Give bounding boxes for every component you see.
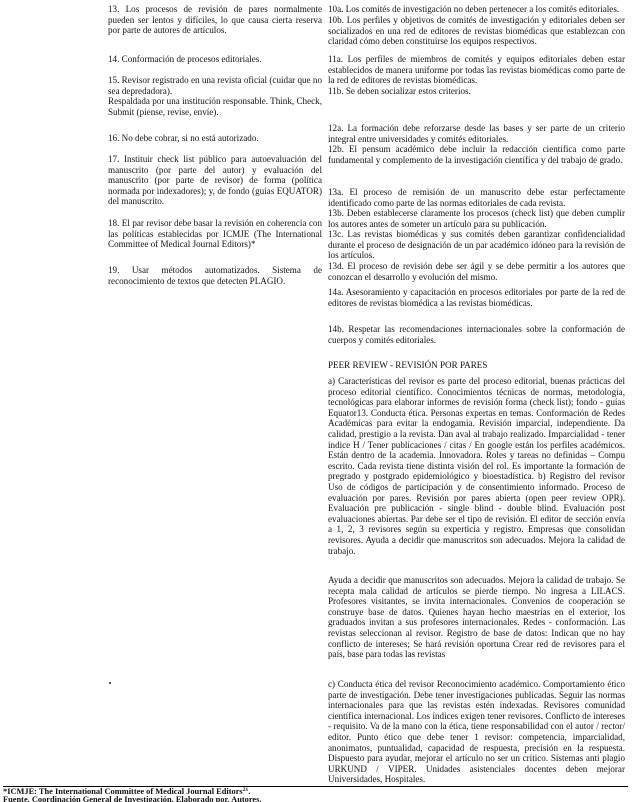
table-cell-item-10b: 10b. Los perfiles y objetivos de comités… <box>328 15 625 47</box>
table-cell-item-13d: 13d. El proceso de revisión debe ser ági… <box>328 261 625 282</box>
table-cell-item-12b: 12b. El pensum académico debe incluir la… <box>328 144 625 165</box>
table-cell-item-11b: 11b. Se deben socializar estos criterios… <box>328 86 625 97</box>
table-cell-item-18: 18. El par revisor debe basar la revisió… <box>108 218 322 250</box>
table-cell-item-16: 16. No debe cobrar, si no está autorizad… <box>108 133 322 144</box>
table-cell-item-15-detail: Respaldada por una institución responsab… <box>108 96 322 117</box>
table-cell-peer-review-c: c) Conducta ética del revisor Reconocimi… <box>328 679 625 785</box>
table-cell-item-10a: 10a. Los comités de investigación no deb… <box>328 4 625 15</box>
table-cell-item-11a: 11a. Los perfiles de miembros de comités… <box>328 54 625 86</box>
table-cell-peer-review-a-b: a) Características del revisor es parte … <box>328 376 625 556</box>
footnote-source: Fuente. Coordinación General de Investig… <box>3 796 623 802</box>
table-cell-item-19: 19. Usar métodos automatizados. Sistema … <box>108 265 322 286</box>
table-cell-item-14: 14. Conformación de procesos editoriales… <box>108 54 322 65</box>
table-cell-item-14b: 14b. Respetar las recomendaciones intern… <box>328 324 625 345</box>
table-cell-item-13b: 13b. Deben establecerse claramente los p… <box>328 208 625 229</box>
table-cell-item-13: 13. Los procesos de revisión de pares no… <box>108 4 322 36</box>
table-cell-item-15: 15. Revisor registrado en una revista of… <box>108 75 322 96</box>
table-cell-item-17: 17. Instituir check list público para au… <box>108 154 322 207</box>
table-cell-peer-review-continuation: Ayuda a decidir que manuscritos son adec… <box>328 575 625 660</box>
table-cell-item-13c: 13c. Las revistas biomédicas y sus comit… <box>328 229 625 261</box>
table-cell-item-12a: 12a. La formación debe reforzarse desde … <box>328 123 625 144</box>
table-footnote: *ICMJE: The International Committee of M… <box>3 788 623 802</box>
section-heading-peer-review: PEER REVIEW - REVISIÓN POR PARES <box>328 360 625 371</box>
stray-period-mark <box>109 682 111 684</box>
table-cell-item-14a: 14a. Asesoramiento y capacitación en pro… <box>328 287 625 308</box>
table-cell-item-13a: 13a. El proceso de remisión de un manusc… <box>328 187 625 208</box>
